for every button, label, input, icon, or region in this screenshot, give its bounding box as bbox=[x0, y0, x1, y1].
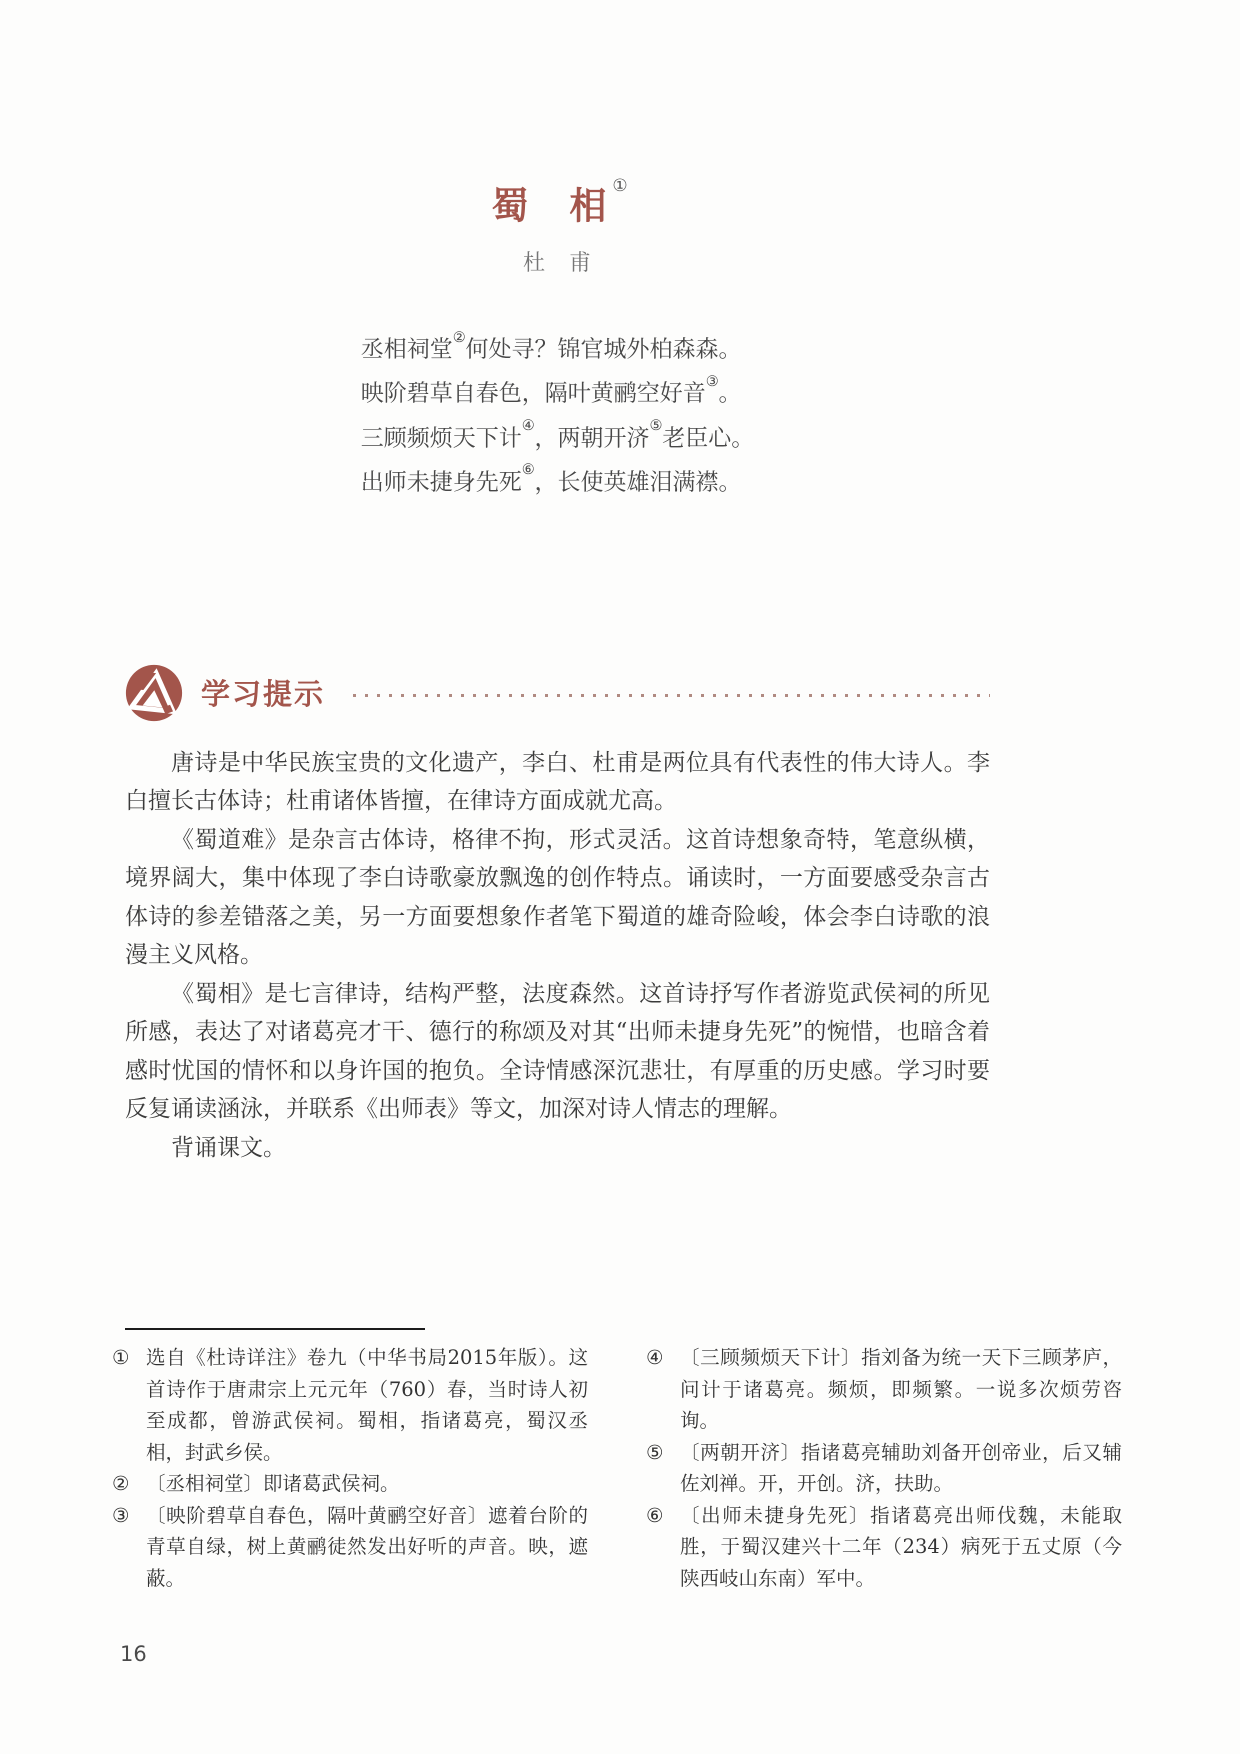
study-tips-logo-icon bbox=[125, 664, 183, 722]
study-tips-heading: 学习提示 bbox=[201, 672, 325, 713]
footnote-item: ② 〔丞相祠堂〕即诸葛武侯祠。 bbox=[112, 1468, 588, 1500]
footnote-item: ⑤ 〔两朝开济〕指诸葛亮辅助刘备开创帝业，后又辅佐刘禅。开，开创。济，扶助。 bbox=[646, 1437, 1122, 1500]
footnote-marker: ③ bbox=[112, 1500, 146, 1595]
main-content: 蜀 相① 杜 甫 丞相祠堂②何处寻？锦官城外柏森森。 映阶碧草自春色，隔叶黄鹂空… bbox=[125, 0, 990, 1167]
author-name: 杜 甫 bbox=[125, 249, 990, 279]
footnote-item: ⑥ 〔出师未捷身先死〕指诸葛亮出师伐魏，未能取胜，于蜀汉建兴十二年（234）病死… bbox=[646, 1500, 1122, 1595]
study-tips-header: 学习提示 bbox=[125, 664, 990, 722]
footnote-column-right: ④ 〔三顾频烦天下计〕指刘备为统一天下三顾茅庐，问计于诸葛亮。频烦，即频繁。一说… bbox=[646, 1342, 1122, 1594]
dotted-leader-line bbox=[353, 694, 990, 697]
footnote-column-left: ① 选自《杜诗详注》卷九（中华书局2015年版）。这首诗作于唐肃宗上元元年（76… bbox=[112, 1342, 588, 1594]
footnote-text: 〔出师未捷身先死〕指诸葛亮出师伐魏，未能取胜，于蜀汉建兴十二年（234）病死于五… bbox=[680, 1500, 1122, 1595]
textbook-page: 蜀 相① 杜 甫 丞相祠堂②何处寻？锦官城外柏森森。 映阶碧草自春色，隔叶黄鹂空… bbox=[0, 0, 1240, 1754]
footnotes: ① 选自《杜诗详注》卷九（中华书局2015年版）。这首诗作于唐肃宗上元元年（76… bbox=[112, 1342, 1122, 1594]
study-tips-paragraph: 背诵课文。 bbox=[125, 1129, 990, 1168]
footnote-text: 〔两朝开济〕指诸葛亮辅助刘备开创帝业，后又辅佐刘禅。开，开创。济，扶助。 bbox=[680, 1437, 1122, 1500]
title-footnote-ref: ① bbox=[612, 176, 627, 196]
footnote-marker: ⑥ bbox=[646, 1500, 680, 1595]
footnote-marker: ① bbox=[112, 1342, 146, 1468]
footnote-marker: ② bbox=[112, 1468, 146, 1500]
footnote-divider bbox=[125, 1328, 425, 1330]
poem: 丞相祠堂②何处寻？锦官城外柏森森。 映阶碧草自春色，隔叶黄鹂空好音③。 三顾频烦… bbox=[125, 325, 990, 502]
poem-line: 三顾频烦天下计④，两朝开济⑤老臣心。 bbox=[361, 414, 755, 458]
page-number: 16 bbox=[120, 1642, 147, 1666]
footnote-marker: ⑤ bbox=[646, 1437, 680, 1500]
lesson-title-text: 蜀 相 bbox=[491, 183, 608, 227]
poem-body: 丞相祠堂②何处寻？锦官城外柏森森。 映阶碧草自春色，隔叶黄鹂空好音③。 三顾频烦… bbox=[361, 325, 755, 502]
poem-line: 出师未捷身先死⑥，长使英雄泪满襟。 bbox=[361, 458, 755, 502]
study-tips-paragraph: 唐诗是中华民族宝贵的文化遗产，李白、杜甫是两位具有代表性的伟大诗人。李白擅长古体… bbox=[125, 744, 990, 821]
footnote-text: 〔映阶碧草自春色，隔叶黄鹂空好音〕遮着台阶的青草自绿，树上黄鹂徒然发出好听的声音… bbox=[146, 1500, 588, 1595]
footnote-item: ③ 〔映阶碧草自春色，隔叶黄鹂空好音〕遮着台阶的青草自绿，树上黄鹂徒然发出好听的… bbox=[112, 1500, 588, 1595]
poem-line: 映阶碧草自春色，隔叶黄鹂空好音③。 bbox=[361, 369, 755, 413]
study-tips-body: 唐诗是中华民族宝贵的文化遗产，李白、杜甫是两位具有代表性的伟大诗人。李白擅长古体… bbox=[125, 744, 990, 1168]
footnote-text: 〔丞相祠堂〕即诸葛武侯祠。 bbox=[146, 1468, 588, 1500]
lesson-title: 蜀 相① bbox=[125, 0, 990, 227]
footnote-item: ④ 〔三顾频烦天下计〕指刘备为统一天下三顾茅庐，问计于诸葛亮。频烦，即频繁。一说… bbox=[646, 1342, 1122, 1437]
footnote-marker: ④ bbox=[646, 1342, 680, 1437]
footnote-text: 〔三顾频烦天下计〕指刘备为统一天下三顾茅庐，问计于诸葛亮。频烦，即频繁。一说多次… bbox=[680, 1342, 1122, 1437]
study-tips-paragraph: 《蜀相》是七言律诗，结构严整，法度森然。这首诗抒写作者游览武侯祠的所见所感，表达… bbox=[125, 975, 990, 1129]
footnote-text: 选自《杜诗详注》卷九（中华书局2015年版）。这首诗作于唐肃宗上元元年（760）… bbox=[146, 1342, 588, 1468]
poem-line: 丞相祠堂②何处寻？锦官城外柏森森。 bbox=[361, 325, 755, 369]
study-tips-paragraph: 《蜀道难》是杂言古体诗，格律不拘，形式灵活。这首诗想象奇特，笔意纵横，境界阔大，… bbox=[125, 821, 990, 975]
footnote-item: ① 选自《杜诗详注》卷九（中华书局2015年版）。这首诗作于唐肃宗上元元年（76… bbox=[112, 1342, 588, 1468]
